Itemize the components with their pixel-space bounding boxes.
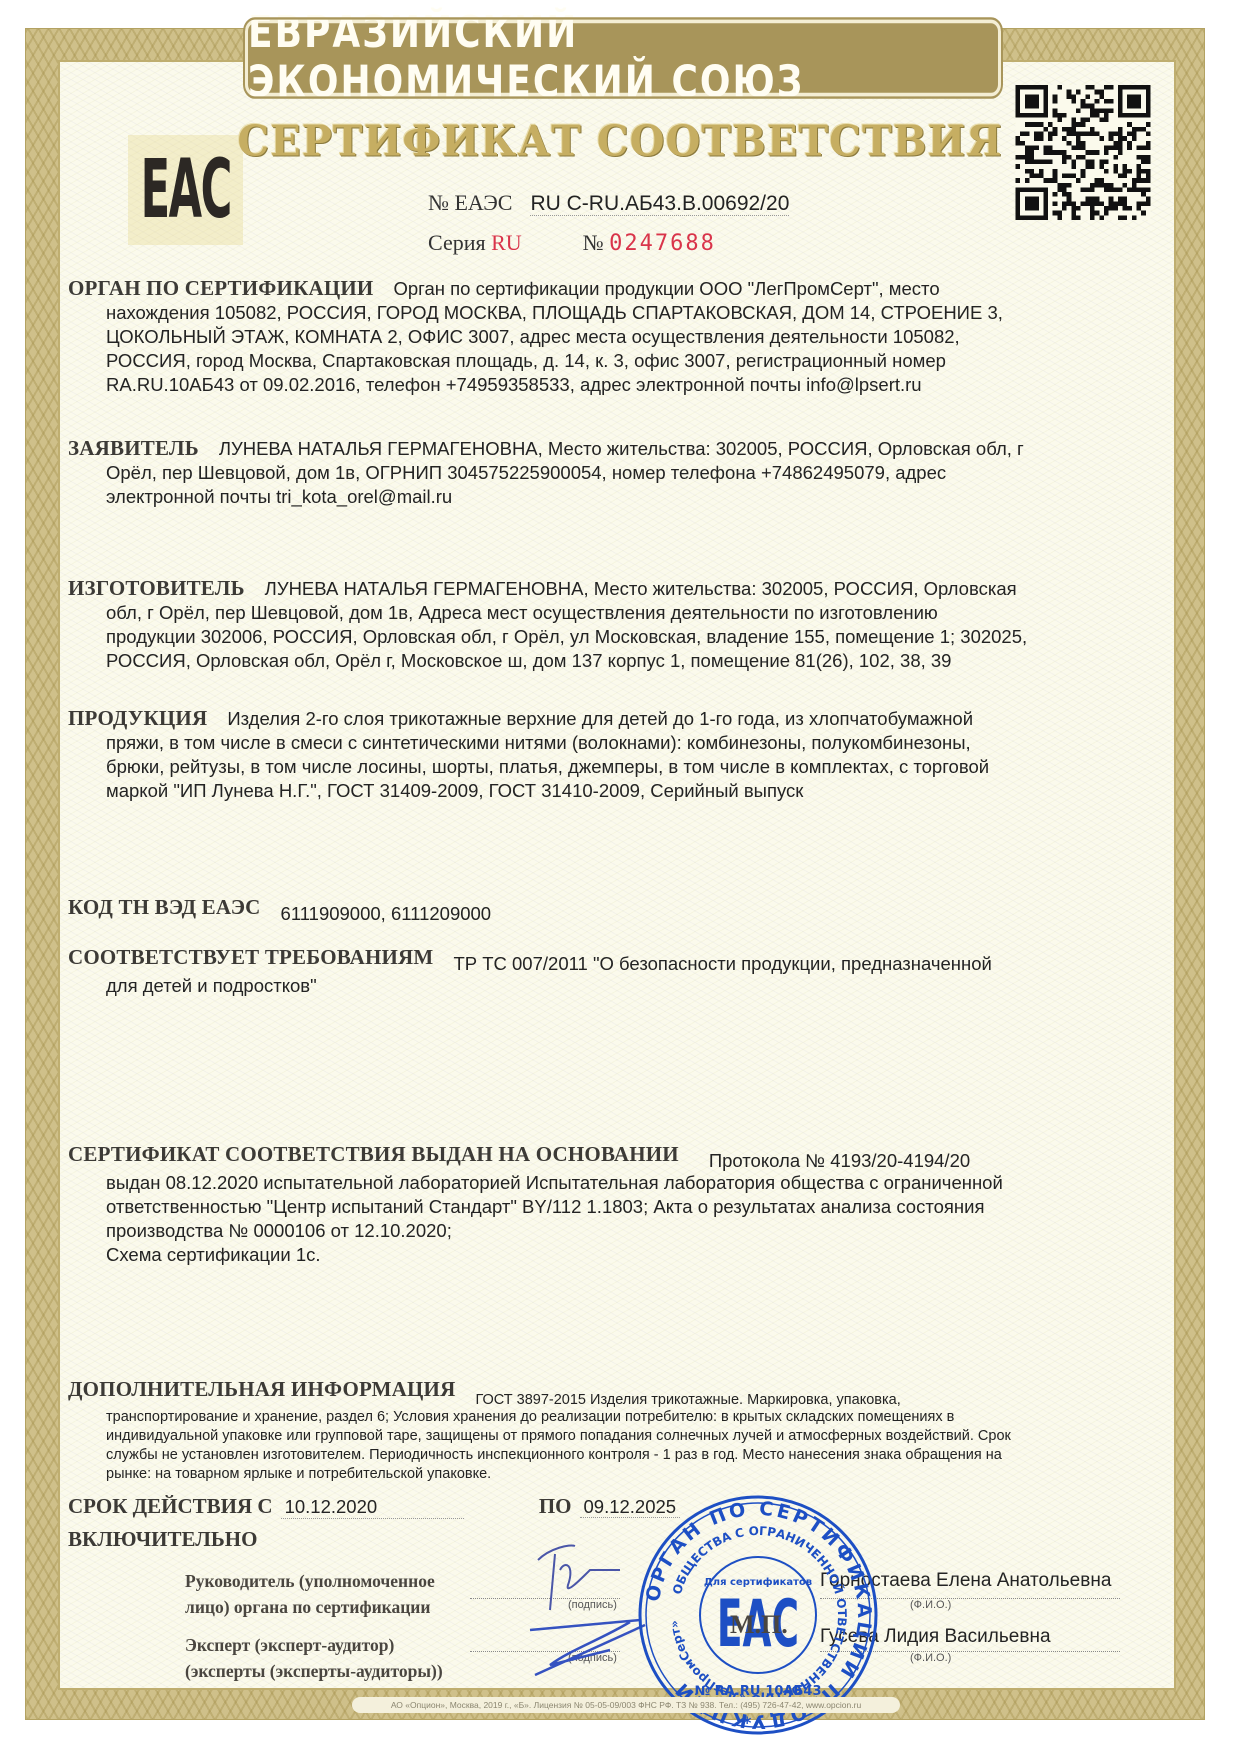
section-heading: СООТВЕТСТВУЕТ ТРЕБОВАНИЯМ [68, 945, 433, 969]
certificate-number-row: № ЕАЭСRU C-RU.АБ43.В.00692/20 [428, 190, 789, 216]
section-heading: ДОПОЛНИТЕЛЬНАЯ ИНФОРМАЦИЯ [68, 1377, 455, 1401]
section-text: Изделия 2-го слоя трикотажные верхние дл… [227, 708, 973, 729]
section-line: для детей и подростков" [106, 974, 1158, 998]
section-product: ПРОДУКЦИЯИзделия 2-го слоя трикотажные в… [68, 706, 1158, 803]
section-heading: КОД ТН ВЭД ЕАЭС [68, 895, 261, 919]
label-line: Руководитель (уполномоченное [185, 1568, 435, 1594]
series-row: Серия RU № 0247688 [428, 230, 716, 256]
series-value: RU [491, 230, 522, 255]
section-line: производства № 0000106 от 12.10.2020; [106, 1219, 1158, 1243]
head-signatory-label: Руководитель (уполномоченное лицо) орган… [185, 1568, 435, 1620]
section-hs-code: КОД ТН ВЭД ЕАЭС6111909000, 6111209000 [68, 895, 1158, 920]
section-line: ЦОКОЛЬНЫЙ ЭТАЖ, КОМНАТА 2, ОФИС 3007, ад… [106, 325, 1158, 349]
printer-footer: АО «Опцион», Москва, 2019 г., «Б». Лицен… [352, 1697, 900, 1713]
section-basis: СЕРТИФИКАТ СООТВЕТСТВИЯ ВЫДАН НА ОСНОВАН… [68, 1142, 1158, 1267]
section-line: рынке: на товарном ярлыке и потребительс… [106, 1465, 1158, 1484]
section-text: ЛУНЕВА НАТАЛЬЯ ГЕРМАГЕНОВНА, Место жител… [265, 578, 1017, 599]
form-number-value: 0247688 [609, 231, 716, 256]
svg-text:*: * [743, 1713, 752, 1732]
section-body: транспортирование и хранение, раздел 6; … [68, 1408, 1158, 1484]
section-heading: ИЗГОТОВИТЕЛЬ [68, 576, 245, 600]
section-line: пряжи, в том числе в смеси с синтетическ… [106, 731, 1158, 755]
section-text: ТР ТС 007/2011 "О безопасности продукции… [453, 953, 991, 974]
validity-to-label: ПО [539, 1494, 572, 1518]
certificate-number-label: № ЕАЭС [428, 190, 512, 215]
form-number-label: № [583, 230, 604, 255]
section-text: ГОСТ 3897-2015 Изделия трикотажные. Марк… [475, 1392, 900, 1408]
seal-place-label: М.П. [730, 1610, 788, 1640]
section-manufacturer: ИЗГОТОВИТЕЛЬЛУНЕВА НАТАЛЬЯ ГЕРМАГЕНОВНА,… [68, 576, 1158, 673]
section-line: продукции 302006, РОССИЯ, Орловская обл,… [106, 625, 1158, 649]
expert-name-caption: (Ф.И.О.) [910, 1652, 951, 1664]
section-body: Орёл, пер Шевцовой, дом 1в, ОГРНИП 30457… [68, 461, 1158, 509]
section-body: нахождения 105082, РОССИЯ, ГОРОД МОСКВА,… [68, 301, 1158, 397]
section-text: 6111909000, 6111209000 [281, 903, 492, 924]
label-line: (эксперты (эксперты-аудиторы)) [185, 1658, 443, 1684]
qr-code-icon [1013, 85, 1153, 220]
section-text: Орган по сертификации продукции ООО "Лег… [393, 278, 939, 299]
section-line: электронной почты tri_kota_orel@mail.ru [106, 485, 1158, 509]
section-line: РОССИЯ, город Москва, Спартаковская площ… [106, 349, 1158, 373]
section-line: брюки, рейтузы, в том числе лосины, шорт… [106, 755, 1158, 779]
validity-from-date: 10.12.2020 [281, 1496, 464, 1519]
validity-from-label: СРОК ДЕЙСТВИЯ С [68, 1494, 273, 1518]
section-heading: ЗАЯВИТЕЛЬ [68, 436, 199, 460]
section-line: обл, г Орёл, пер Шевцовой, дом 1в, Адрес… [106, 601, 1158, 625]
section-line: индивидуальной упаковке или групповой та… [106, 1427, 1158, 1446]
section-heading: СЕРТИФИКАТ СООТВЕТСТВИЯ ВЫДАН НА ОСНОВАН… [68, 1142, 679, 1166]
section-line: ответственностью "Центр испытаний Станда… [106, 1195, 1158, 1219]
section-additional: ДОПОЛНИТЕЛЬНАЯ ИНФОРМАЦИЯГОСТ 3897-2015 … [68, 1377, 1158, 1484]
section-body: выдан 08.12.2020 испытательной лаборатор… [68, 1171, 1158, 1267]
section-line: Схема сертификации 1с. [106, 1243, 1158, 1267]
section-line: РОССИЯ, Орловская обл, Орёл г, Московско… [106, 649, 1158, 673]
section-applicant: ЗАЯВИТЕЛЬЛУНЕВА НАТАЛЬЯ ГЕРМАГЕНОВНА, Ме… [68, 436, 1158, 509]
certificate-number-value: RU C-RU.АБ43.В.00692/20 [530, 192, 789, 216]
section-requirements: СООТВЕТСТВУЕТ ТРЕБОВАНИЯМТР ТС 007/2011 … [68, 945, 1158, 998]
head-signature-icon [520, 1530, 630, 1615]
section-line: транспортирование и хранение, раздел 6; … [106, 1408, 1158, 1427]
section-body: обл, г Орёл, пер Шевцовой, дом 1в, Адрес… [68, 601, 1158, 673]
validity-inclusive: ВКЛЮЧИТЕЛЬНО [68, 1527, 257, 1552]
section-text: Протокола № 4193/20-4194/20 [709, 1150, 970, 1171]
section-certification-body: ОРГАН ПО СЕРТИФИКАЦИИОрган по сертификац… [68, 276, 1158, 397]
series-label: Серия [428, 230, 486, 255]
label-line: Эксперт (эксперт-аудитор) [185, 1632, 443, 1658]
head-name-caption: (Ф.И.О.) [910, 1599, 951, 1611]
section-heading: ПРОДУКЦИЯ [68, 706, 207, 730]
section-line: выдан 08.12.2020 испытательной лаборатор… [106, 1171, 1158, 1195]
section-line: Орёл, пер Шевцовой, дом 1в, ОГРНИП 30457… [106, 461, 1158, 485]
label-line: лицо) органа по сертификации [185, 1594, 435, 1620]
section-line: нахождения 105082, РОССИЯ, ГОРОД МОСКВА,… [106, 301, 1158, 325]
section-line: службы не установлен изготовителем. Пери… [106, 1446, 1158, 1465]
section-body: пряжи, в том числе в смеси с синтетическ… [68, 731, 1158, 803]
section-line: маркой "ИП Лунева Н.Г.", ГОСТ 31409-2009… [106, 779, 1158, 803]
union-banner: ЕВРАЗИЙСКИЙ ЭКОНОМИЧЕСКИЙ СОЮЗ [245, 20, 1001, 97]
section-body: для детей и подростков" [68, 974, 1158, 998]
section-line: RA.RU.10АБ43 от 09.02.2016, телефон +749… [106, 373, 1158, 397]
validity-row: СРОК ДЕЙСТВИЯ С10.12.2020 ПО09.12.2025 [68, 1494, 680, 1519]
section-heading: ОРГАН ПО СЕРТИФИКАЦИИ [68, 276, 373, 300]
expert-signatory-label: Эксперт (эксперт-аудитор) (эксперты (экс… [185, 1632, 443, 1684]
section-text: ЛУНЕВА НАТАЛЬЯ ГЕРМАГЕНОВНА, Место жител… [219, 438, 1024, 459]
